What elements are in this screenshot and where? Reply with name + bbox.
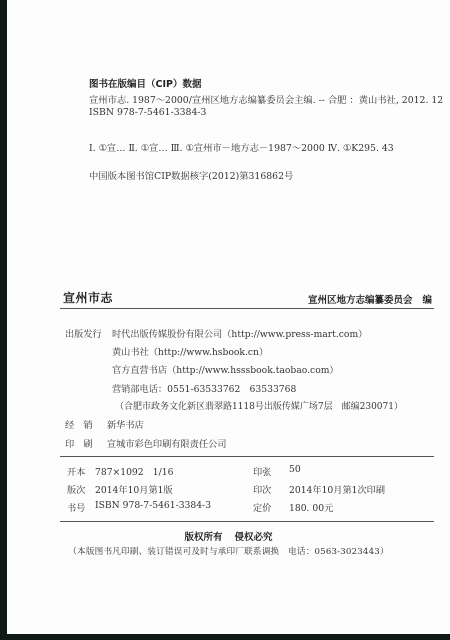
cip-heading: 图书在版编目（CIP）数据 [89, 76, 201, 90]
rights-reserved: 版权所有 [184, 532, 222, 543]
printing-value: 宣城市彩色印刷有限责任公司 [107, 436, 226, 450]
spec-value: 50 [289, 464, 301, 475]
spec-key: 开本 [67, 464, 85, 478]
book-editor: 宣州区地方志编纂委员会编 [308, 292, 432, 306]
cip-classification: Ⅰ. ①宣… Ⅱ. ①宣… Ⅲ. ①宣州市－地方志－1987～2000 Ⅳ. ①… [89, 140, 394, 154]
infringement-warning: 侵权必究 [235, 532, 273, 543]
specs-top-divider [60, 456, 434, 457]
spec-value: 2014年10月第1次印刷 [289, 482, 385, 496]
copyright-notice: 版权所有侵权必究 [7, 529, 450, 543]
copyright-page: 图书在版编目（CIP）数据 宣州市志. 1987～2000/宣州区地方志编纂委员… [7, 0, 450, 634]
editor-suffix: 编 [422, 295, 432, 306]
title-divider [60, 308, 434, 309]
distribution-value: 新华书店 [107, 417, 144, 431]
publisher-press: 黄山书社（http://www.hsbook.cn） [112, 344, 268, 358]
book-title: 宣州市志 [63, 289, 113, 306]
publisher-store: 官方直营书店（http://www.hsssbook.taobao.com） [112, 362, 339, 376]
distribution-label: 经 销 [65, 417, 93, 431]
spec-key: 印次 [253, 482, 271, 496]
spec-key: 版次 [67, 482, 85, 496]
printing-error-note: （本版图书凡印刷、装订错误可及时与承印厂联系调换 电话：0563-3023443… [7, 545, 450, 557]
specs-bottom-divider [60, 521, 434, 522]
printing-label: 印 刷 [65, 436, 93, 450]
spec-key: 定价 [253, 500, 271, 514]
spec-key: 书号 [67, 500, 85, 514]
spec-key: 印张 [253, 464, 271, 478]
spec-value: 2014年10月第1版 [95, 482, 173, 496]
cip-catalog-number: 中国版本图书馆CIP数据核字(2012)第316862号 [89, 168, 293, 182]
publisher-label: 出版发行 [65, 326, 102, 340]
publisher-company: 时代出版传媒股份有限公司（http://www.press-mart.com） [112, 326, 367, 340]
publisher-phone: 营销部电话：0551-63533762 63533768 [112, 381, 296, 395]
spec-value: 787×1092 1/16 [95, 464, 173, 478]
publisher-address: （合肥市政务文化新区翡翠路1118号出版传媒广场7层 邮编230071） [115, 399, 403, 412]
spec-value: 180. 00元 [289, 500, 333, 514]
spec-value: ISBN 978-7-5461-3384-3 [95, 500, 211, 511]
cip-description: 宣州市志. 1987～2000/宣州区地方志编纂委员会主编. -- 合肥 ：黄山… [89, 92, 443, 106]
editor-name: 宣州区地方志编纂委员会 [308, 295, 413, 306]
cip-isbn: ISBN 978-7-5461-3384-3 [89, 107, 206, 118]
